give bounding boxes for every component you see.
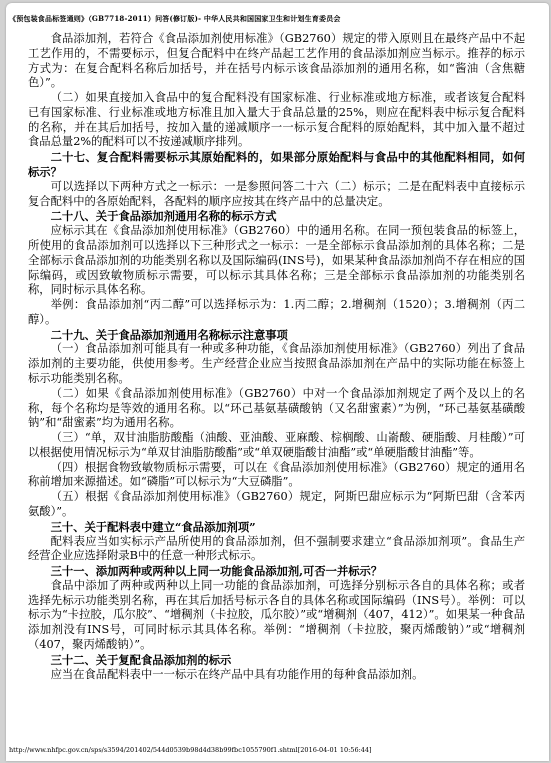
paragraph: 应标示其在《食品添加剂使用标准》（GB2760）中的通用名称。在同一预包装食品的… bbox=[28, 224, 525, 298]
document-header-title: 《预包装食品标签通则》（GB7718-2011）问答(修订版)- 中华人民共和国… bbox=[9, 14, 545, 24]
paragraph: 应当在食品配料表中一一标示在终产品中具有功能作用的每种食品添加剂。 bbox=[28, 668, 525, 683]
question-heading: 二十九、关于食品添加剂通用名称标示注意事项 bbox=[28, 328, 525, 343]
document-page: 《预包装食品标签通则》（GB7718-2011）问答(修订版)- 中华人民共和国… bbox=[6, 3, 549, 761]
question-heading: 三十一、添加两种或两种以上同一功能食品添加剂,可否一并标示？ bbox=[28, 564, 525, 579]
document-footer-url: http://www.nhfpc.gov.cn/sps/s3594/201402… bbox=[9, 746, 372, 754]
document-body: 食品添加剂，若符合《食品添加剂使用标准》（GB2760）规定的带入原则且在最终产… bbox=[28, 32, 525, 682]
paragraph: 举例：食品添加剂“丙二醇”可以选择标示为：1.丙二醇；2.增稠剂（1520）；3… bbox=[28, 298, 525, 328]
paragraph: （二）如果直接加入食品中的复合配料没有国家标准、行业标准或地方标准，或者该复合配… bbox=[28, 91, 525, 150]
question-heading: 二十八、关于食品添加剂通用名称的标示方式 bbox=[28, 209, 525, 224]
paragraph: 食品添加剂，若符合《食品添加剂使用标准》（GB2760）规定的带入原则且在最终产… bbox=[28, 32, 525, 91]
question-heading: 三十二、关于复配食品添加剂的标示 bbox=[28, 653, 525, 668]
question-heading: 二十七、复合配料需要标示其原始配料的，如果部分原始配料与食品中的其他配料相同，如… bbox=[28, 150, 525, 180]
paragraph: （四）根据食物致敏物质标示需要，可以在《食品添加剂使用标准》（GB2760）规定… bbox=[28, 461, 525, 491]
paragraph: （三）“单，双甘油脂肪酸酯（油酸、亚油酸、亚麻酸、棕榈酸、山嵛酸、硬脂酸、月桂酸… bbox=[28, 431, 525, 461]
paragraph: 配料表应当如实标示产品所使用的食品添加剂，但不强制要求建立“食品添加剂项”。食品… bbox=[28, 535, 525, 565]
paragraph: 可以选择以下两种方式之一标示：一是参照问答二十六（二）标示；二是在配料表中直接标… bbox=[28, 180, 525, 210]
paragraph: （二）如果《食品添加剂使用标准》（GB2760）中对一个食品添加剂规定了两个及以… bbox=[28, 387, 525, 431]
question-heading: 三十、关于配料表中建立“食品添加剂项” bbox=[28, 520, 525, 535]
paragraph: 食品中添加了两种或两种以上同一功能的食品添加剂，可选择分别标示各自的具体名称；或… bbox=[28, 579, 525, 653]
paragraph: （一）食品添加剂可能具有一种或多种功能，《食品添加剂使用标准》（GB2760）列… bbox=[28, 342, 525, 386]
paragraph: （五）根据《食品添加剂使用标准》（GB2760）规定，阿斯巴甜应标示为“阿斯巴甜… bbox=[28, 490, 525, 520]
